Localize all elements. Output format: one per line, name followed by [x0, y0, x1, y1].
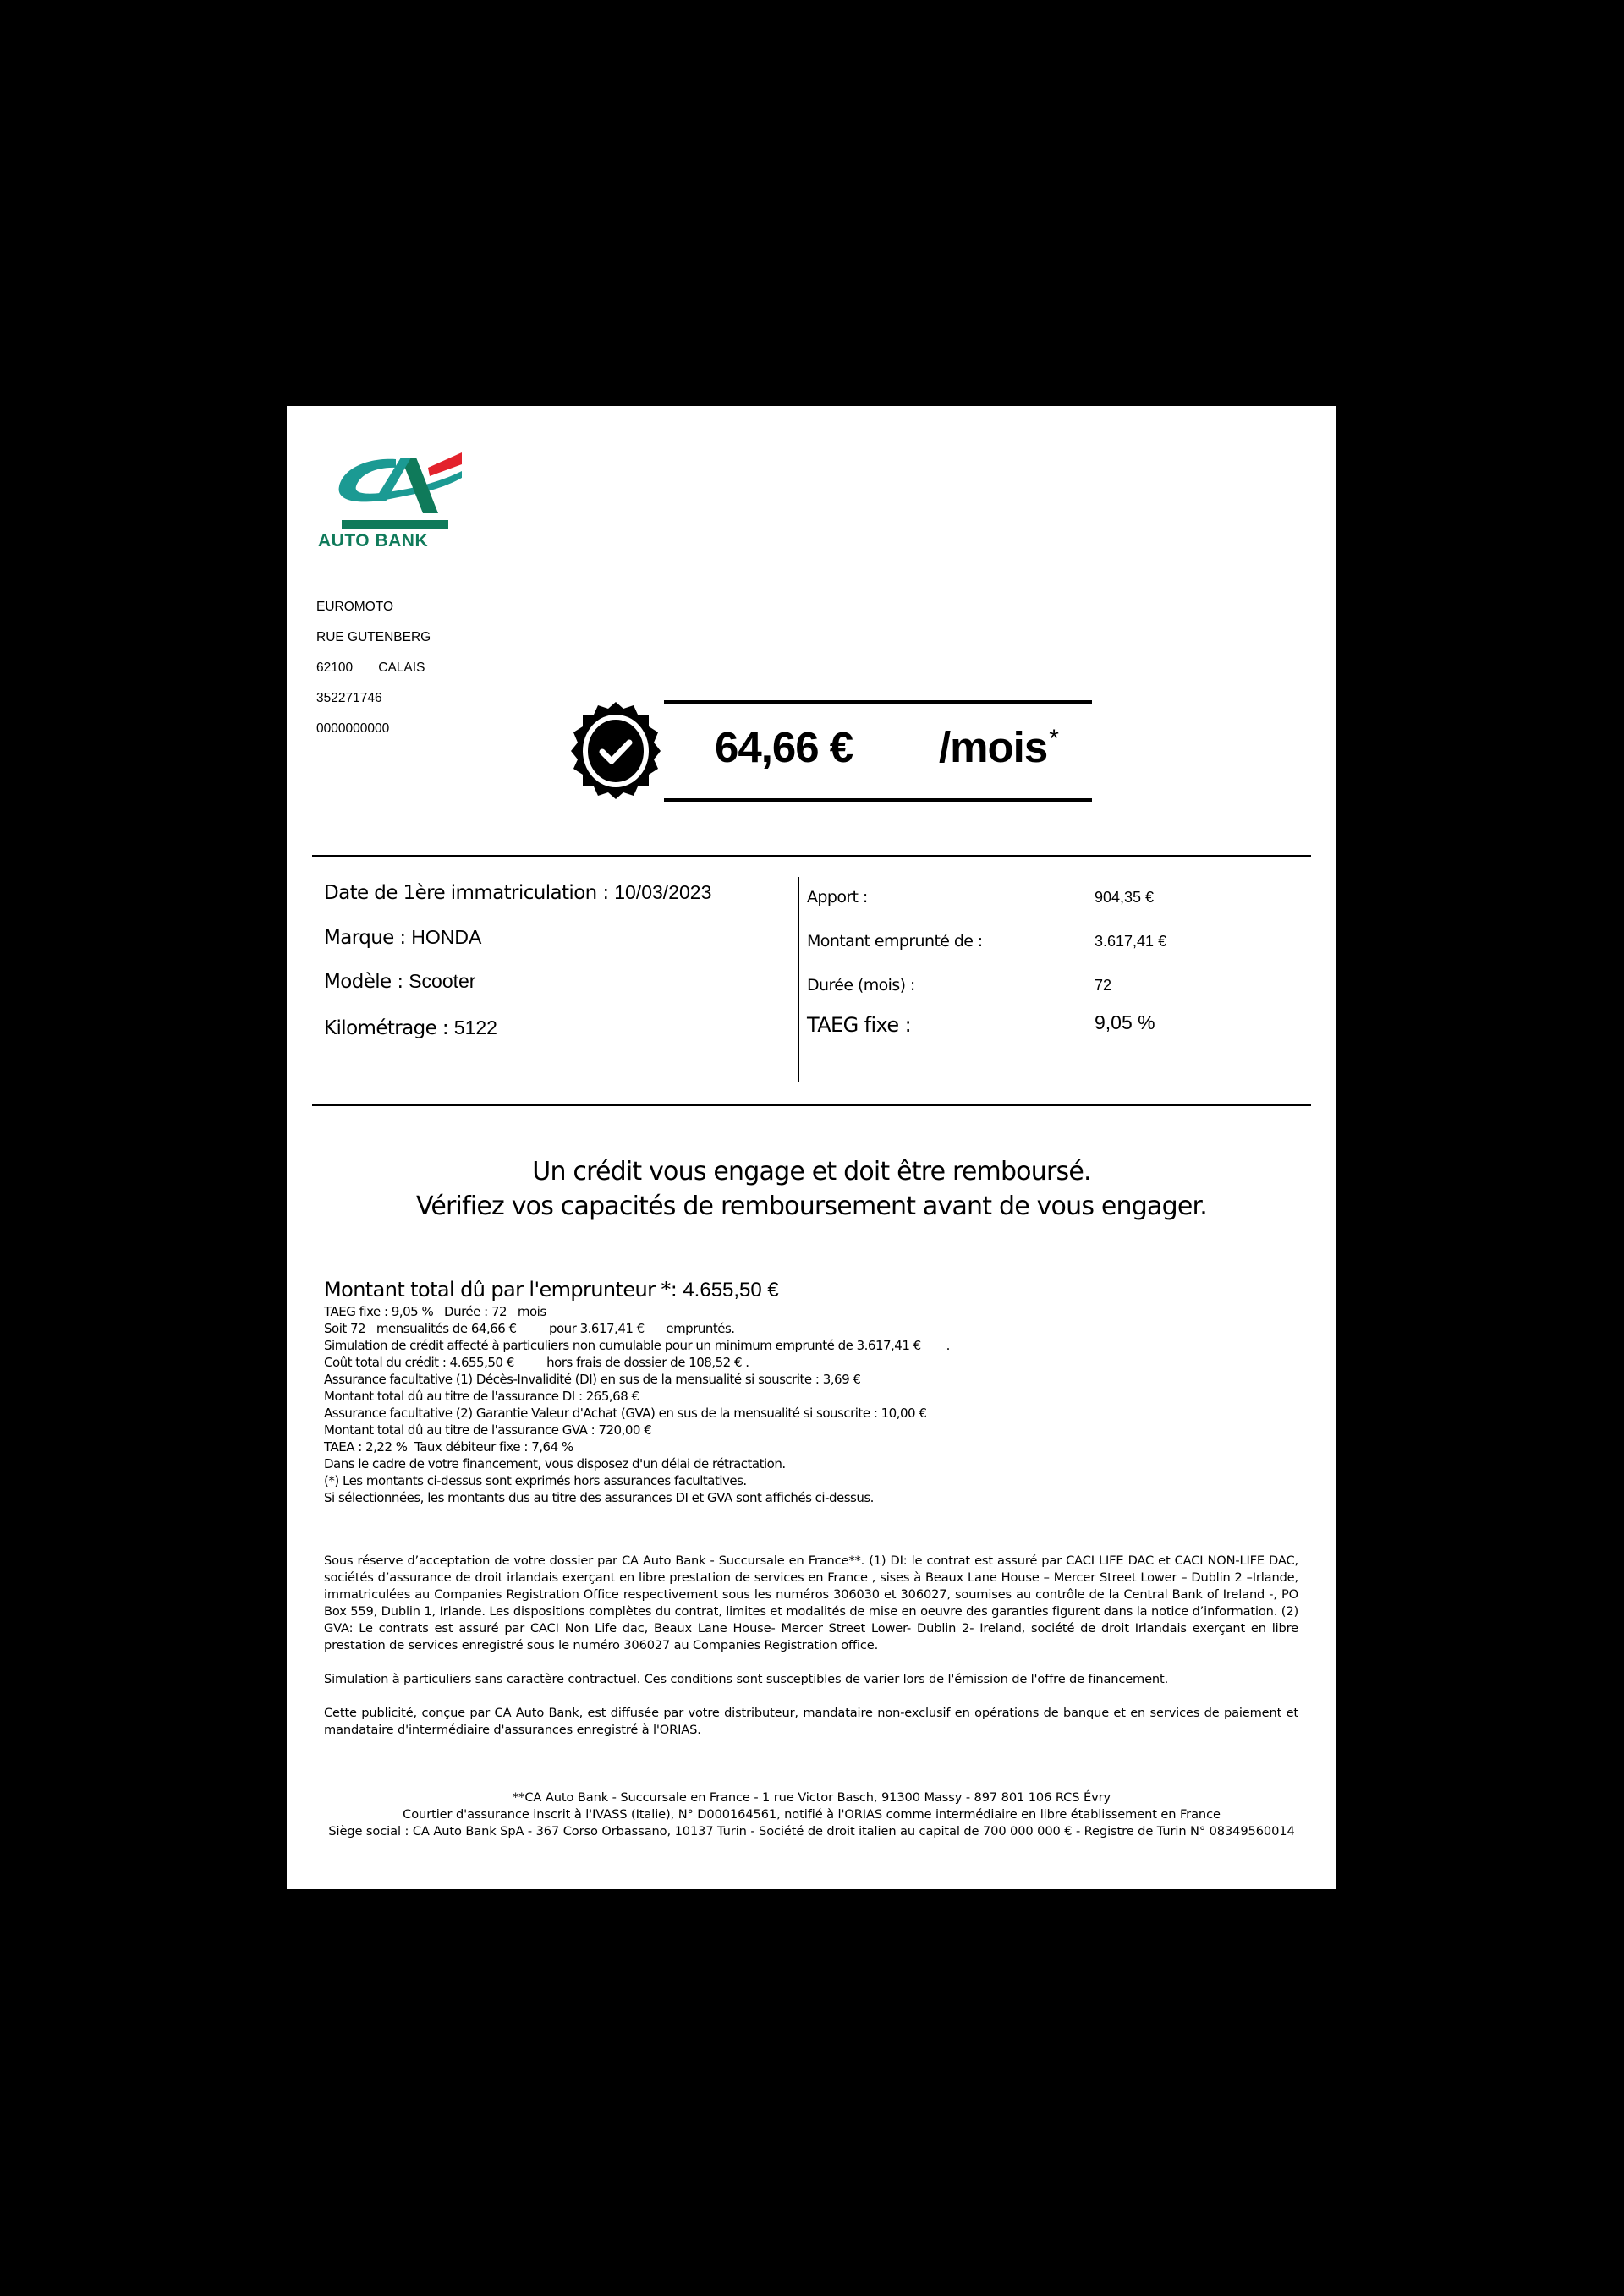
dealer-street: RUE GUTENBERG — [316, 622, 431, 653]
down-payment-label: Apport : — [807, 888, 868, 907]
summary-line: Assurance facultative (2) Garantie Valeu… — [324, 1405, 1305, 1422]
summary-line: Soit 72 mensualités de 64,66 € pour 3.61… — [324, 1320, 1305, 1337]
loan-amount-value: 3.617,41 € — [1095, 933, 1166, 951]
per-month-label: /mois — [939, 723, 1047, 771]
summary-line: (*) Les montants ci-dessus sont exprimés… — [324, 1472, 1305, 1489]
offer-document: AUTO BANK EUROMOTO RUE GUTENBERG 62100 C… — [287, 406, 1336, 1889]
credit-warning: Un crédit vous engage et doit être rembo… — [287, 1154, 1336, 1224]
total-due-label: Montant total dû par l'emprunteur *: — [324, 1278, 677, 1301]
ca-logo-icon — [318, 452, 475, 533]
divider-vertical — [798, 877, 799, 1082]
summary-line: Montant total dû au titre de l'assurance… — [324, 1422, 1305, 1438]
down-payment-value: 904,35 € — [1095, 889, 1154, 907]
model-value: Scooter — [409, 970, 475, 992]
legal-paragraph: Sous réserve d’acceptation de votre doss… — [324, 1553, 1298, 1654]
total-due-value: 4.655,50 € — [683, 1279, 778, 1301]
legal-paragraph: Simulation à particuliers sans caractère… — [324, 1671, 1298, 1688]
brand-row: Marque : HONDA — [324, 926, 481, 949]
company-footer: **CA Auto Bank - Succursale en France - … — [287, 1789, 1336, 1840]
price-unit: /mois* — [939, 722, 1058, 772]
registration-date-value: 10/03/2023 — [614, 881, 711, 903]
monthly-amount: 64,66 € — [715, 722, 853, 772]
duration-label: Durée (mois) : — [807, 976, 915, 995]
price-asterisk: * — [1049, 725, 1058, 753]
check-badge-icon — [566, 700, 666, 800]
dealer-postcode: 62100 — [316, 660, 353, 675]
apr-value: 9,05 % — [1095, 1011, 1155, 1034]
divider-bottom — [312, 1104, 1311, 1106]
footer-line: **CA Auto Bank - Succursale en France - … — [287, 1789, 1336, 1806]
footer-line: Siège social : CA Auto Bank SpA - 367 Co… — [287, 1823, 1336, 1840]
model-label: Modèle : — [324, 971, 403, 993]
ca-auto-bank-logo: AUTO BANK — [318, 452, 475, 562]
summary-line: Dans le cadre de votre financement, vous… — [324, 1455, 1305, 1472]
summary-lines: TAEG fixe : 9,05 % Durée : 72 moisSoit 7… — [324, 1303, 1305, 1506]
dealer-city: CALAIS — [378, 660, 425, 675]
legal-notice: Sous réserve d’acceptation de votre doss… — [324, 1553, 1298, 1756]
dealer-city-line: 62100 CALAIS — [316, 653, 431, 683]
duration-value: 72 — [1095, 977, 1111, 995]
dealer-name: EUROMOTO — [316, 592, 431, 622]
monthly-price-banner: 64,66 € /mois* — [664, 700, 1092, 802]
footer-line: Courtier d'assurance inscrit à l'IVASS (… — [287, 1806, 1336, 1823]
summary-line: TAEG fixe : 9,05 % Durée : 72 mois — [324, 1303, 1305, 1320]
credit-warning-line-2: Vérifiez vos capacités de remboursement … — [287, 1189, 1336, 1224]
registration-date-label: Date de 1ère immatriculation : — [324, 882, 609, 904]
model-row: Modèle : Scooter — [324, 970, 475, 993]
legal-paragraph: Cette publicité, conçue par CA Auto Bank… — [324, 1705, 1298, 1739]
brand-name: AUTO BANK — [318, 531, 475, 551]
credit-warning-line-1: Un crédit vous engage et doit être rembo… — [287, 1154, 1336, 1189]
mileage-label: Kilométrage : — [324, 1017, 448, 1039]
summary-line: Simulation de crédit affecté à particuli… — [324, 1337, 1305, 1354]
summary-line: Montant total dû au titre de l'assurance… — [324, 1388, 1305, 1405]
loan-summary: Montant total dû par l'emprunteur *: 4.6… — [324, 1277, 1305, 1506]
total-due-heading: Montant total dû par l'emprunteur *: 4.6… — [324, 1277, 1305, 1303]
dealer-phone: 0000000000 — [316, 714, 431, 744]
registration-date-row: Date de 1ère immatriculation : 10/03/202… — [324, 881, 711, 904]
brand-label: Marque : — [324, 927, 406, 949]
brand-value: HONDA — [411, 926, 481, 948]
mileage-row: Kilométrage : 5122 — [324, 1016, 497, 1039]
dealer-id-number: 352271746 — [316, 683, 431, 714]
summary-line: TAEA : 2,22 % Taux débiteur fixe : 7,64 … — [324, 1438, 1305, 1455]
divider-top — [312, 855, 1311, 857]
loan-amount-label: Montant emprunté de : — [807, 932, 983, 951]
mileage-value: 5122 — [454, 1016, 497, 1038]
summary-line: Assurance facultative (1) Décès-Invalidi… — [324, 1371, 1305, 1388]
summary-line: Coût total du crédit : 4.655,50 € hors f… — [324, 1354, 1305, 1371]
dealer-address: EUROMOTO RUE GUTENBERG 62100 CALAIS 3522… — [316, 592, 431, 744]
apr-label: TAEG fixe : — [807, 1013, 911, 1037]
summary-line: Si sélectionnées, les montants dus au ti… — [324, 1489, 1305, 1506]
